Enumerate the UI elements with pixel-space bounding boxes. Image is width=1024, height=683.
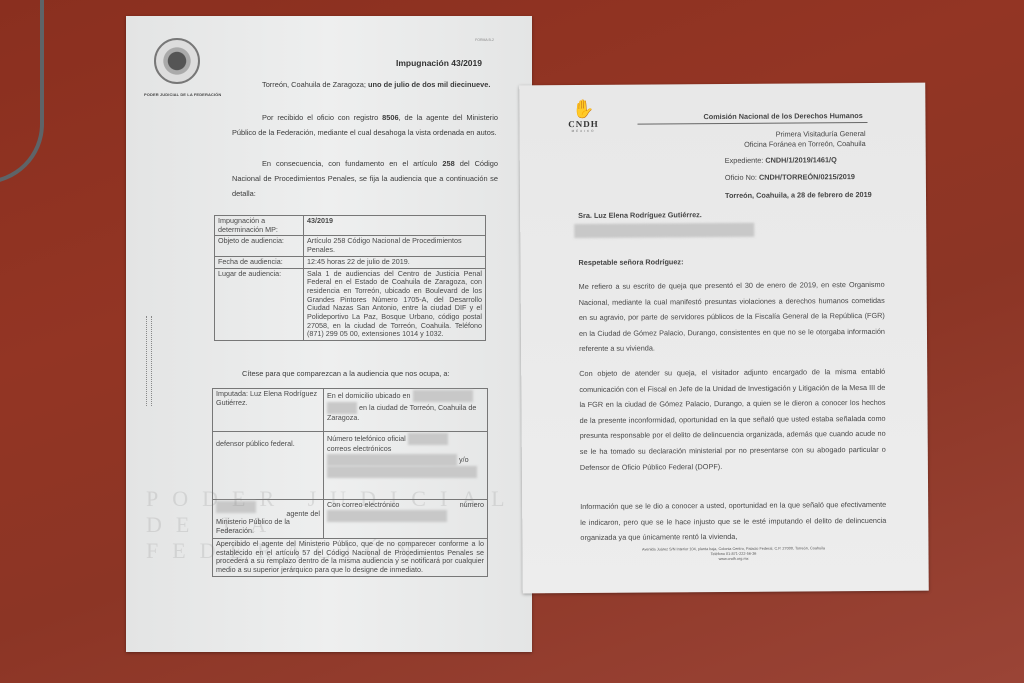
dept-1: Primera Visitaduría General [776, 129, 866, 139]
footer: Avenida Juárez S/N Interior 104, planta … [580, 546, 886, 563]
date-line: Torreón, Coahuila de Zaragoza; uno de ju… [232, 77, 498, 92]
hearing-table: Impugnación a determinación MP:43/2019 O… [214, 215, 486, 341]
expediente: Expediente: CNDH/1/2019/1461/Q [725, 155, 837, 165]
cndh-letter: ✋ CNDH MÉXICO Comisión Nacional de los D… [519, 83, 929, 594]
raised-hand-icon: ✋ [563, 99, 603, 119]
paragraph-1: Me refiero a su escrito de queja que pre… [579, 277, 886, 357]
dept-2: Oficina Foránea en Torreón, Coahuila [744, 139, 866, 149]
issuer-label: PODER JUDICIAL DE LA FEDERACIÓN [144, 92, 221, 97]
oficio: Oficio No: CNDH/TORREÓN/0215/2019 [725, 172, 855, 182]
form-code: FORMA B-2 [475, 38, 494, 42]
salutation: Respetable señora Rodríguez: [578, 257, 683, 267]
paragraph-2: En consecuencia, con fundamento en el ar… [232, 156, 498, 201]
paragraph-2: Con objeto de atender su queja, el visit… [579, 364, 886, 475]
cndh-logo: ✋ CNDH MÉXICO [563, 99, 603, 133]
header-rule [638, 122, 868, 125]
mexican-seal-icon [154, 38, 200, 84]
recipient: Sra. Luz Elena Rodríguez Gutiérrez. [578, 210, 702, 220]
side-stamp [146, 316, 152, 406]
paragraph-3: Información que se le dio a conocer a us… [580, 497, 886, 546]
cable [0, 0, 44, 184]
watermark: PODER JUDICIAL DE LA FEDERACIÓN [146, 486, 532, 564]
redacted-address [574, 223, 754, 238]
paragraph-1: Por recibido el oficio con registro 8506… [232, 110, 498, 140]
summons-intro: Cítese para que comparezcan a la audienc… [242, 366, 450, 381]
org-name: Comisión Nacional de los Derechos Humano… [703, 111, 862, 121]
document-title: Impugnación 43/2019 [396, 58, 482, 68]
letter-date: Torreón, Coahuila, a 28 de febrero de 20… [725, 190, 872, 200]
court-document: PODER JUDICIAL DE LA FEDERACIÓN FORMA B-… [126, 16, 532, 652]
